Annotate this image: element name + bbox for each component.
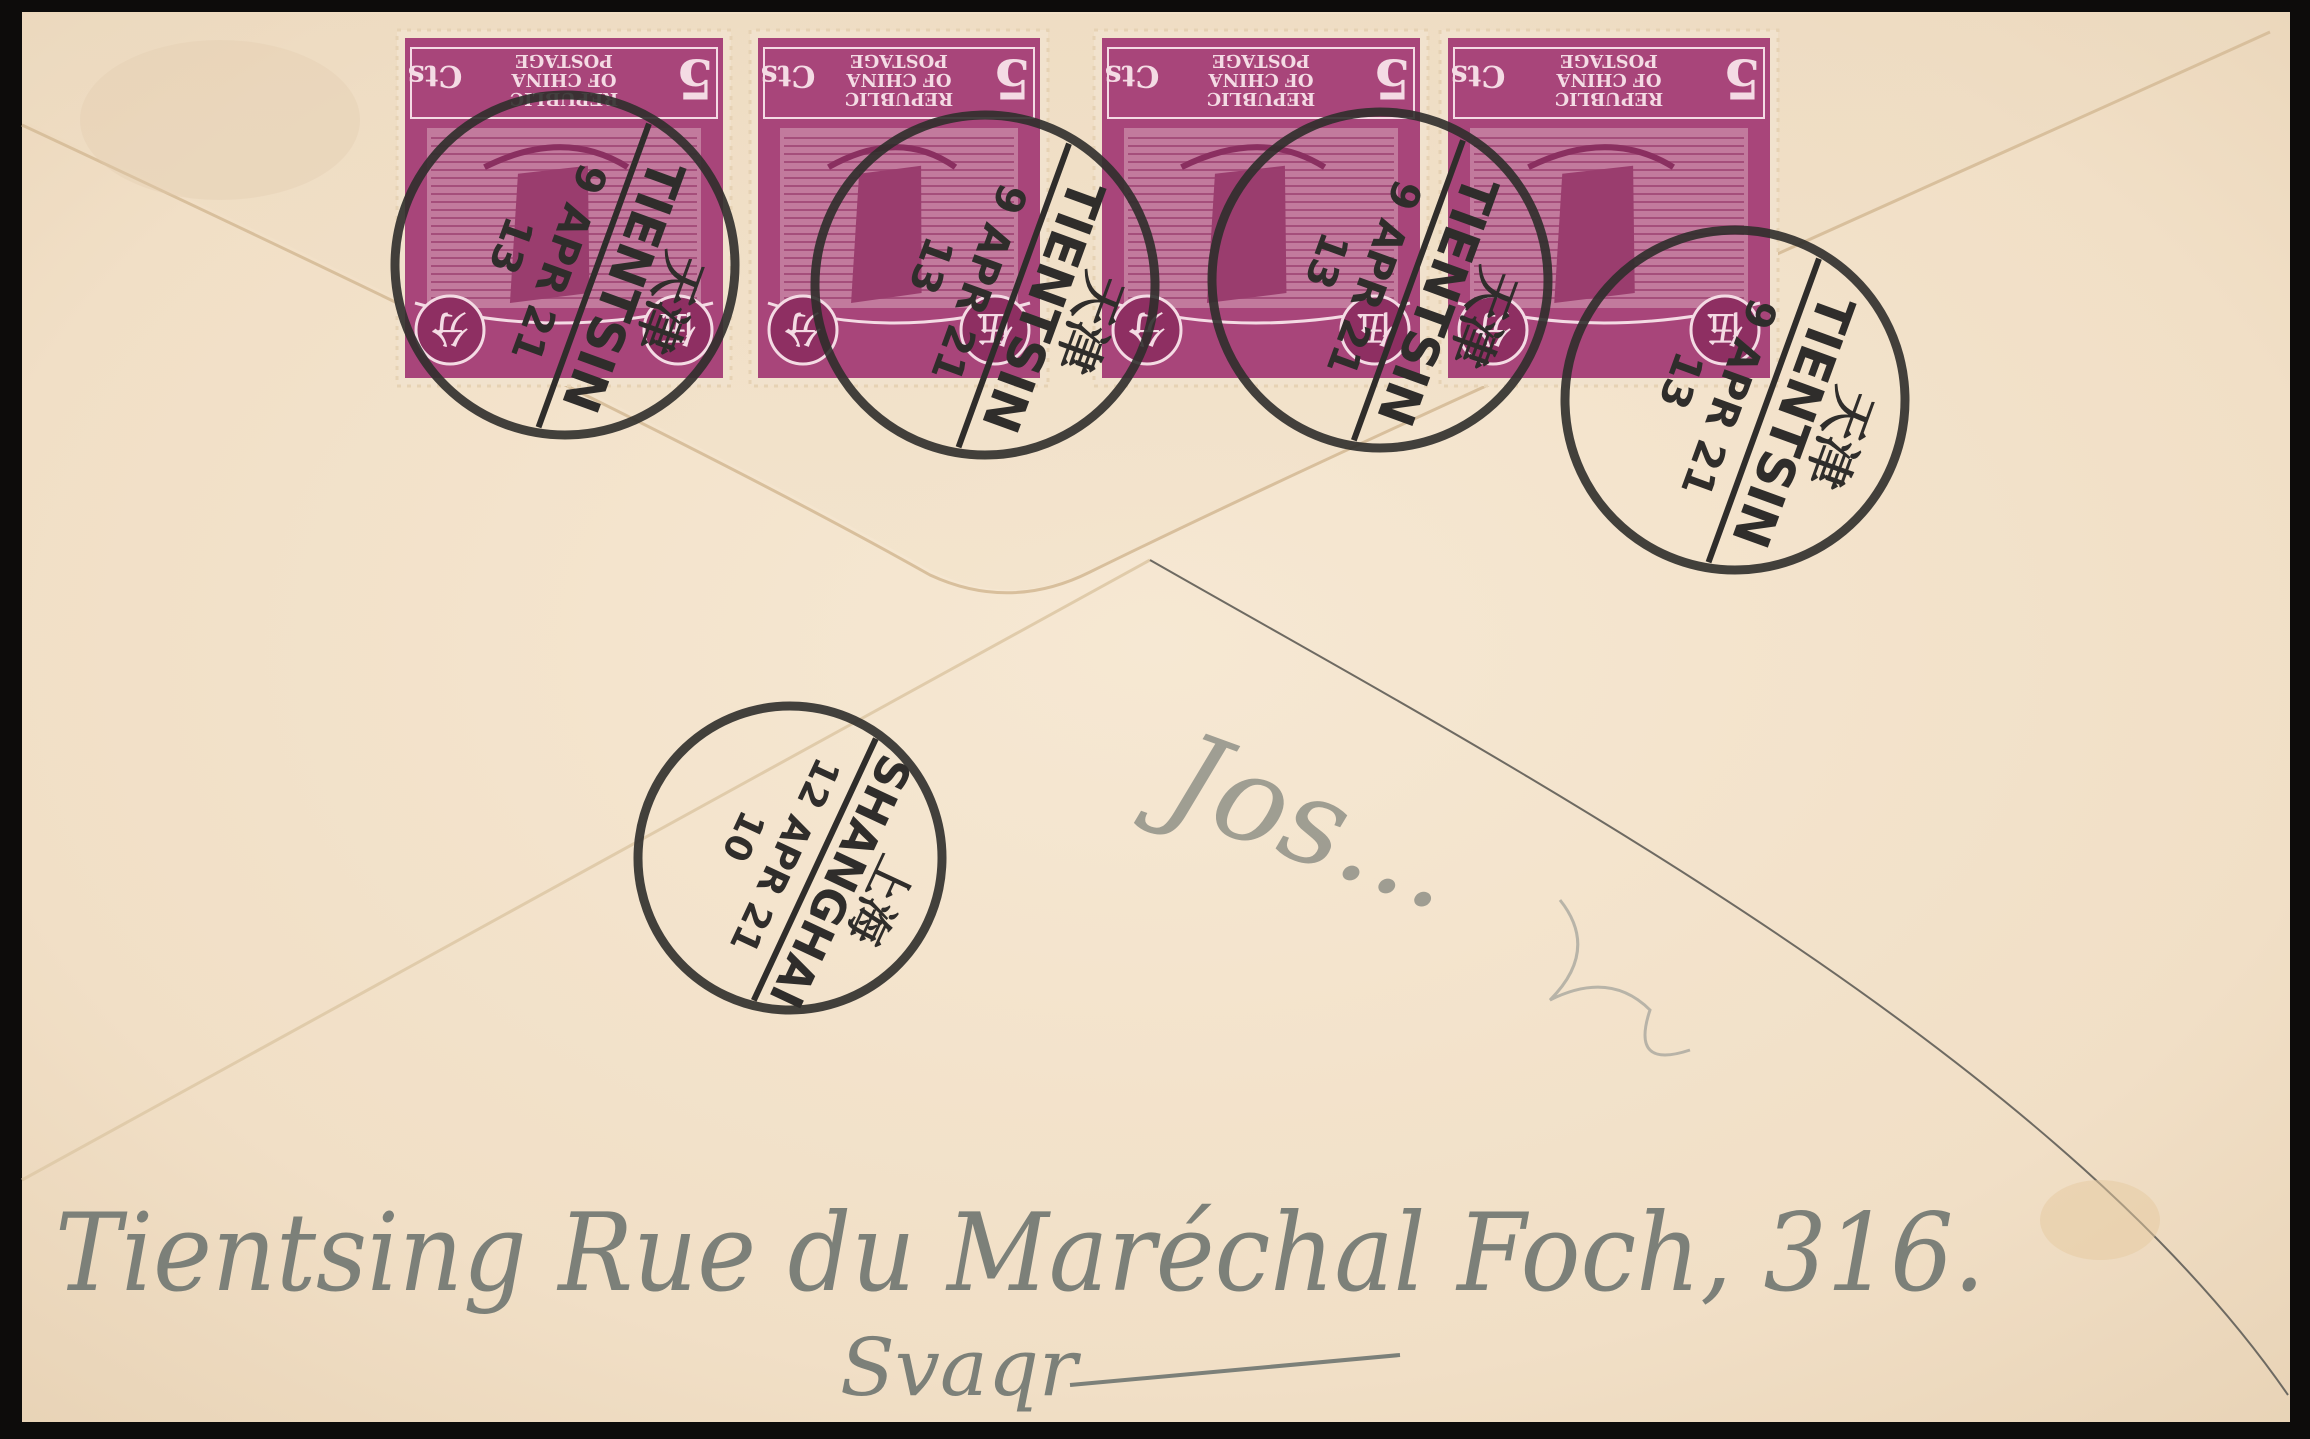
stamp-value: 5	[1723, 47, 1761, 111]
address-line: Tientsing Rue du Maréchal Foch, 316.	[55, 1191, 1985, 1316]
svg-text:POSTAGE: POSTAGE	[1560, 50, 1658, 71]
svg-text:分: 分	[432, 307, 468, 349]
stamp-country-text: REPUBLIC	[1555, 88, 1664, 109]
stamp-value: 5	[993, 47, 1031, 111]
svg-text:Cts: Cts	[408, 58, 463, 93]
svg-text:POSTAGE: POSTAGE	[850, 50, 948, 71]
svg-text:Cts: Cts	[761, 58, 816, 93]
svg-text:POSTAGE: POSTAGE	[515, 50, 613, 71]
stamp-value: 5	[1373, 47, 1411, 111]
signature: Svaqr	[840, 1321, 1082, 1414]
svg-text:OF CHINA: OF CHINA	[846, 69, 952, 90]
stamp-country-text: REPUBLIC	[845, 88, 954, 109]
envelope-scene: REPUBLICOF CHINAPOSTAGE5Cts伍分REPUBLICOF …	[0, 0, 2310, 1439]
stamp-country-text: REPUBLIC	[1207, 88, 1316, 109]
svg-text:Cts: Cts	[1451, 58, 1506, 93]
svg-text:Cts: Cts	[1105, 58, 1160, 93]
svg-text:POSTAGE: POSTAGE	[1212, 50, 1310, 71]
svg-text:OF CHINA: OF CHINA	[511, 69, 617, 90]
stamp-value: 5	[676, 47, 714, 111]
svg-text:OF CHINA: OF CHINA	[1556, 69, 1662, 90]
svg-text:OF CHINA: OF CHINA	[1208, 69, 1314, 90]
